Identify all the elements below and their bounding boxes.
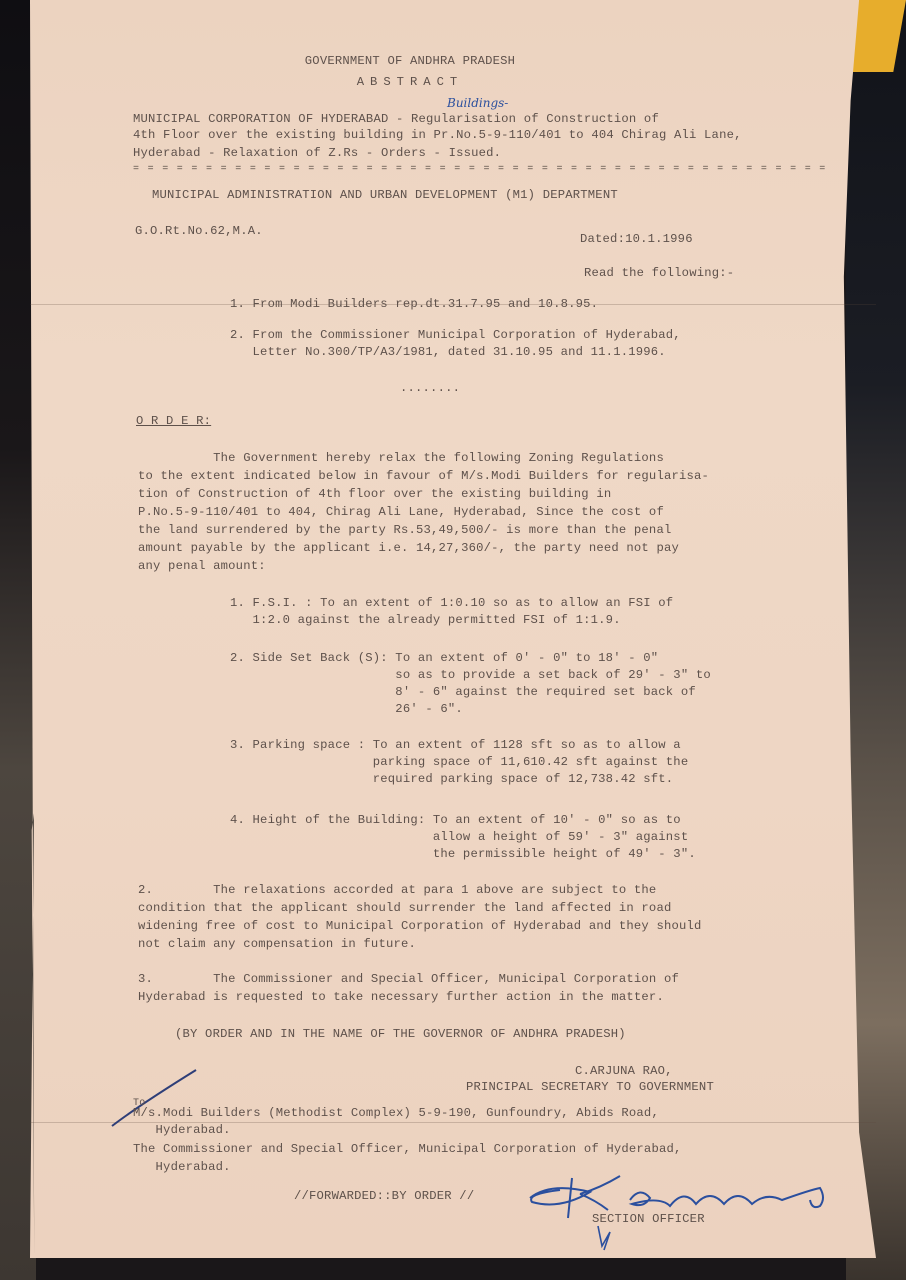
relaxation-line: 1. F.S.I. : To an extent of 1:0.10 so as… bbox=[230, 596, 673, 610]
relaxation-line: 2. Side Set Back (S): To an extent of 0'… bbox=[230, 651, 658, 665]
handwritten-insert: Buildings- bbox=[447, 96, 508, 110]
order-line: the land surrendered by the party Rs.53,… bbox=[138, 523, 671, 537]
order-line: The Government hereby relax the followin… bbox=[138, 451, 664, 465]
relaxation-line: required parking space of 12,738.42 sft. bbox=[230, 772, 673, 786]
para-line: condition that the applicant should surr… bbox=[138, 901, 671, 915]
desk-background-left bbox=[0, 0, 36, 1280]
reference-1: 1. From Modi Builders rep.dt.31.7.95 and… bbox=[230, 297, 598, 311]
para-line: 2. The relaxations accorded at para 1 ab… bbox=[138, 883, 656, 897]
order-line: P.No.5-9-110/401 to 404, Chirag Ali Lane… bbox=[138, 505, 664, 519]
go-number: G.O.Rt.No.62,M.A. bbox=[135, 224, 263, 238]
recipient-line: Hyderabad. bbox=[133, 1160, 231, 1174]
section-officer-signature bbox=[520, 1170, 860, 1260]
para-line: 3. The Commissioner and Special Officer,… bbox=[138, 972, 679, 986]
separator-line: = = = = = = = = = = = = = = = = = = = = … bbox=[133, 164, 827, 175]
order-line: any penal amount: bbox=[138, 559, 266, 573]
reference-2-cont: Letter No.300/TP/A3/1981, dated 31.10.95… bbox=[230, 345, 666, 359]
para-line: Hyderabad is requested to take necessary… bbox=[138, 990, 664, 1004]
relaxation-line: allow a height of 59' - 3" against bbox=[230, 830, 688, 844]
date: Dated:10.1.1996 bbox=[580, 232, 693, 246]
abstract-title: ABSTRACT bbox=[200, 75, 620, 89]
read-following: Read the following:- bbox=[584, 266, 734, 280]
relaxation-line: parking space of 11,610.42 sft against t… bbox=[230, 755, 688, 769]
subject-line-3: Hyderabad - Relaxation of Z.Rs - Orders … bbox=[133, 146, 501, 160]
relaxation-line: 3. Parking space : To an extent of 1128 … bbox=[230, 738, 681, 752]
subject-line-1: MUNICIPAL CORPORATION OF HYDERABAD - Reg… bbox=[133, 112, 659, 126]
relaxation-line: 4. Height of the Building: To an extent … bbox=[230, 813, 681, 827]
forwarded-by-order: //FORWARDED::BY ORDER // bbox=[294, 1189, 474, 1203]
relaxation-line: 1:2.0 against the already permitted FSI … bbox=[230, 613, 621, 627]
department-heading: MUNICIPAL ADMINISTRATION AND URBAN DEVEL… bbox=[152, 188, 618, 202]
order-line: to the extent indicated below in favour … bbox=[138, 469, 709, 483]
para-line: widening free of cost to Municipal Corpo… bbox=[138, 919, 702, 933]
order-line: tion of Construction of 4th floor over t… bbox=[138, 487, 611, 501]
pen-slash-mark bbox=[108, 1066, 200, 1130]
dots-separator: ........ bbox=[400, 381, 460, 395]
order-line: amount payable by the applicant i.e. 14,… bbox=[138, 541, 679, 555]
relaxation-line: 26' - 6". bbox=[230, 702, 463, 716]
relaxation-line: the permissible height of 49' - 3". bbox=[230, 847, 696, 861]
signatory-name: C.ARJUNA RAO, bbox=[575, 1064, 673, 1078]
reference-2: 2. From the Commissioner Municipal Corpo… bbox=[230, 328, 681, 342]
recipient-line: The Commissioner and Special Officer, Mu… bbox=[133, 1142, 682, 1156]
recipient-line: M/s.Modi Builders (Methodist Complex) 5-… bbox=[133, 1106, 659, 1120]
order-heading: O R D E R: bbox=[136, 414, 211, 428]
relaxation-line: 8' - 6" against the required set back of bbox=[230, 685, 696, 699]
relaxation-line: so as to provide a set back of 29' - 3" … bbox=[230, 668, 711, 682]
subject-line-2: 4th Floor over the existing building in … bbox=[133, 128, 742, 142]
by-order-line: (BY ORDER AND IN THE NAME OF THE GOVERNO… bbox=[175, 1027, 626, 1041]
government-title: GOVERNMENT OF ANDHRA PRADESH bbox=[200, 54, 620, 68]
para-line: not claim any compensation in future. bbox=[138, 937, 416, 951]
signatory-title: PRINCIPAL SECRETARY TO GOVERNMENT bbox=[466, 1080, 714, 1094]
recipient-line: Hyderabad. bbox=[133, 1123, 231, 1137]
